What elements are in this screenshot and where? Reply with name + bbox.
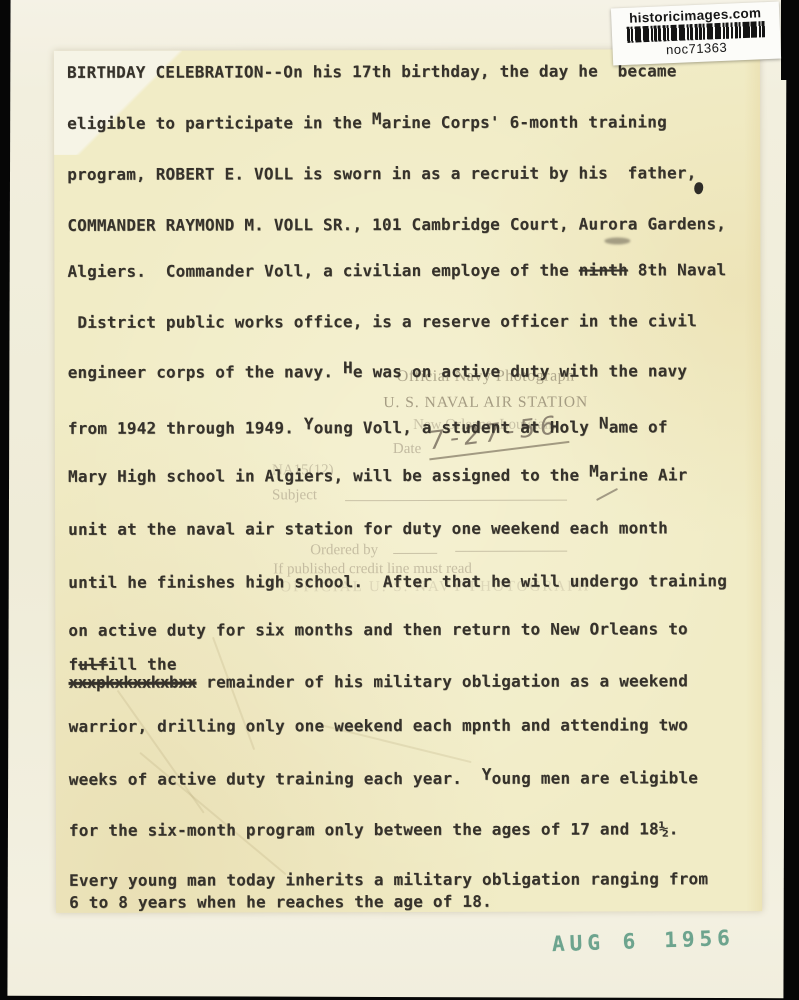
received-month-day: AUG 6	[552, 929, 641, 956]
subject-underline	[345, 500, 567, 502]
caption-line-15: warrior, drilling only one weekend each …	[69, 716, 689, 736]
raised-letter: M	[372, 109, 382, 128]
line-segment: oung Voll, a student at Holy	[314, 418, 599, 438]
caption-line-2: eligible to participate in the Marine Co…	[67, 113, 667, 133]
caption-line-5: Algiers. Commander Voll, a civilian empl…	[67, 261, 726, 281]
scan-edge	[781, 0, 799, 80]
line-segment: 8th Naval	[628, 260, 726, 279]
struck-word: xxxpkxkxxkxbxx	[69, 673, 197, 692]
caption-line-19: 6 to 8 years when he reaches the age of …	[69, 893, 492, 912]
caption-line-7: engineer corps of the navy. He was on ac…	[68, 362, 688, 382]
scanned-photo-back: Official Navy Photograph U. S. NAVAL AIR…	[0, 0, 799, 1000]
line-segment: ame of	[609, 417, 668, 436]
line-segment: f	[68, 655, 78, 674]
raised-letter: H	[343, 358, 353, 377]
line-segment: Algiers. Commander Voll, a civilian empl…	[67, 261, 578, 281]
line-segment: ill the	[108, 655, 177, 674]
caption-line-3: program, ROBERT E. VOLL is sworn in as a…	[67, 164, 696, 184]
struck-letters: ulf	[78, 655, 108, 674]
caption-line-13: fulfill the	[68, 656, 176, 674]
caption-line-17: for the six-month program only between t…	[69, 820, 679, 840]
ordered-underline-long	[455, 551, 567, 552]
ink-smudge	[604, 237, 630, 244]
line-segment: oung men are eligible	[492, 768, 699, 788]
barcode-sticker: historicimages.com noc71363	[611, 2, 781, 66]
caption-line-12: on active duty for six months and then r…	[68, 620, 688, 640]
line-segment: eligible to participate in the	[67, 113, 372, 133]
line-segment: arine Air	[599, 465, 688, 484]
caption-line-11: until he finishes high school. After tha…	[68, 572, 727, 592]
caption-line-1: BIRTHDAY CELEBRATION--On his 17th birthd…	[67, 62, 677, 82]
caption-line-10: unit at the naval air station for duty o…	[68, 519, 668, 539]
caption-line-9: Mary High school in Algiers, will be ass…	[68, 466, 688, 486]
ink-blob	[694, 182, 703, 194]
struck-word: ninth	[579, 260, 628, 279]
raised-letter: M	[589, 462, 599, 481]
line-segment: from 1942 through 1949.	[68, 418, 304, 438]
caption-line-6: District public works office, is a reser…	[68, 312, 697, 332]
caption-line-8: from 1942 through 1949. Young Voll, a st…	[68, 418, 668, 438]
raised-letter: N	[599, 413, 609, 432]
caption-line-18: Every young man today inherits a militar…	[69, 870, 708, 890]
pencil-tick	[596, 488, 618, 501]
caption-line-4: COMMANDER RAYMOND M. VOLL SR., 101 Cambr…	[67, 215, 726, 235]
navy-stamp-line-station: U. S. NAVAL AIR STATION	[355, 393, 617, 412]
navy-stamp-date-label: Date	[393, 441, 421, 458]
edge-tint	[744, 49, 762, 911]
line-segment: Mary High school in Algiers, will be ass…	[68, 466, 589, 486]
caption-line-16: weeks of active duty training each year.…	[69, 769, 698, 789]
ordered-underline-short	[393, 553, 437, 554]
caption-sheet: Official Navy Photograph U. S. NAVAL AIR…	[54, 49, 762, 913]
received-year: 1956	[664, 926, 735, 952]
line-segment: engineer corps of the navy.	[68, 362, 343, 382]
raised-letter: Y	[482, 765, 492, 784]
navy-stamp-subject-label: Subject	[272, 487, 317, 504]
navy-stamp-ordered-label: Ordered by	[310, 542, 378, 559]
line-segment: remainder of his military obligation as …	[196, 671, 688, 691]
line-segment: e was on active duty with the navy	[353, 361, 687, 381]
line-segment: weeks of active duty training each year.	[69, 769, 482, 789]
caption-line-14: xxxpkxkxxkxbxx remainder of his military…	[69, 672, 689, 692]
line-segment: arine Corps' 6-month training	[382, 112, 667, 132]
raised-letter: Y	[304, 414, 314, 433]
